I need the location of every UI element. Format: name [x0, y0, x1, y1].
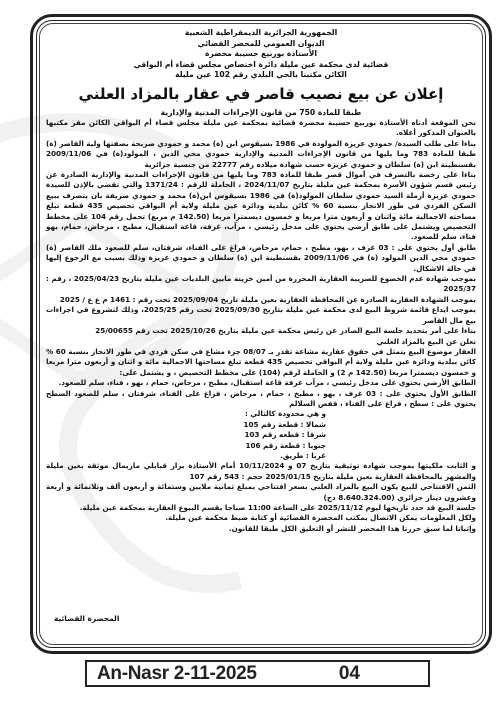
- paragraph-tax-certificate: بموجب شهادة عدم الخضوع للضريبة العقارية …: [46, 274, 476, 295]
- paragraph-closing: وإثباتا لما سبق حررنا هذا المحضر للنشر أ…: [46, 524, 476, 534]
- notice-subtitle: طبقا للمادة 750 من قانون الإجراءات المدن…: [46, 107, 476, 118]
- header-office: الديوان العمومي للمحضر القضائي: [46, 39, 476, 50]
- paragraph-request: بناءا على طلب السيدة/ حمودي عزيزة المولو…: [46, 139, 476, 170]
- boundaries-intro: و هي محدودة كالتالي :: [46, 409, 476, 419]
- header-country: الجمهورية الجزائرية الديمقراطية الشعبية: [46, 28, 476, 39]
- paragraph-first-floor: طابق أول يحتوي على : 03 غرف ، بهو، مطبخ …: [46, 243, 476, 274]
- paragraph-property-description: العقار موضوع البيع يتمثل في حقوق عقارية …: [46, 347, 476, 378]
- boundary-east: شرقا : قطعه رقم 103: [46, 430, 476, 440]
- paragraph-land-certificate: بموجب الشهادة العقارية الصادرة عن المحاف…: [46, 295, 476, 305]
- paragraph-ground-floor: الطابق الأرضي يحتوي على مدخل رئيسي ، مرآ…: [46, 378, 476, 388]
- paragraph-intro: نحن الموقعة أدناه الأستاذة بوربيع حسيبة …: [46, 118, 476, 139]
- notice-title: إعلان عن بيع نصيب قاصر في عقار بالمزاد ا…: [46, 83, 476, 105]
- paragraph-ownership: و الثابت ملكيتها بموجب شهادة توثيقية بتا…: [46, 461, 476, 482]
- newspaper-footer: An-Nasr 2-11-2025 04: [85, 660, 430, 687]
- page-number: 04: [339, 663, 360, 685]
- paragraph-authorization: بناءا على رخصة بالتصرف في أموال قصر طبقا…: [46, 170, 476, 243]
- paragraph-session-date: جلسة البيع قد حدد تاريخها ليوم 2025/11/1…: [46, 503, 476, 513]
- paragraph-conditions-deposit: بموجب ايداع قائمة شروط البيع لدى محكمة ع…: [46, 305, 476, 326]
- header-bailiff-name: الأستاذة بوربيع حسيبة محضرة: [46, 49, 476, 60]
- newspaper-source-date: An-Nasr 2-11-2025: [97, 663, 257, 685]
- boundary-west: غربا : طريق.: [46, 451, 476, 461]
- signature: المحضرة القضائية: [54, 614, 119, 624]
- boundary-north: شمالا : قطعة رقم 105: [46, 420, 476, 430]
- boundary-south: جنوبا : قطعة رقم 106: [46, 441, 476, 451]
- paragraph-opening-price: الثمن الافتتاحي للبيع يكون البيع بالمزاد…: [46, 482, 476, 503]
- header-jurisdiction: قضائية لدى محكمة عين مليلة دائرة اختصاص …: [46, 60, 476, 71]
- paragraph-session-order: بناءا على أمر بتحديد جلسة البيع الصادر ع…: [46, 326, 476, 336]
- paragraph-announcement: نعلن عن البيع بالمزاد العلني: [46, 337, 476, 347]
- header-address: الكائن مكتبنا بالحي البلدي رقم 102 عين م…: [46, 70, 476, 81]
- notice-content: الجمهورية الجزائرية الديمقراطية الشعبية …: [46, 28, 476, 638]
- paragraph-contact: ولكل المعلومات يمكن الاتصال بمكتب المحضر…: [46, 513, 476, 523]
- paragraph-upper-floor: الطابق الأول يحتوي على : 03 غرف ، بهو ، …: [46, 389, 476, 410]
